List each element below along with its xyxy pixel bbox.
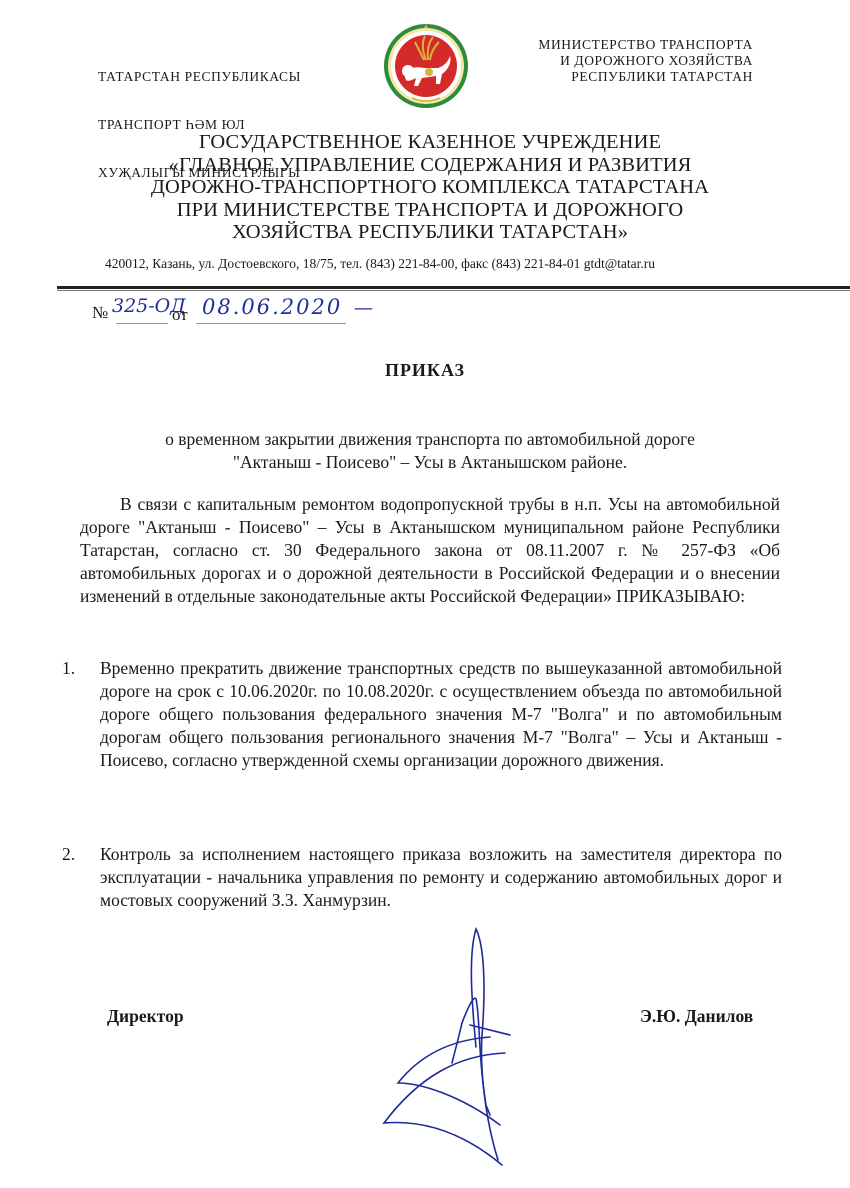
signatory-position: Директор xyxy=(107,1006,184,1027)
org-line: ГОСУДАРСТВЕННОЕ КАЗЕННОЕ УЧРЕЖДЕНИЕ xyxy=(90,131,770,154)
signatory-name: Э.Ю. Данилов xyxy=(640,1006,753,1027)
item-number: 2. xyxy=(62,843,75,866)
header-right-line: РЕСПУБЛИКИ ТАТАРСТАН xyxy=(505,69,753,85)
number-label: № xyxy=(92,303,108,323)
org-line: «ГЛАВНОЕ УПРАВЛЕНИЕ СОДЕРЖАНИЯ И РАЗВИТИ… xyxy=(90,154,770,177)
document-title: ПРИКАЗ xyxy=(0,360,850,381)
item-number: 1. xyxy=(62,657,75,680)
org-line: ХОЗЯЙСТВА РЕСПУБЛИКИ ТАТАРСТАН» xyxy=(90,221,770,244)
date-underline xyxy=(196,323,346,324)
registration-row: № 325-ОД от 08.06.2020 — xyxy=(92,301,392,331)
tatarstan-emblem-icon xyxy=(382,22,470,110)
header-right-russian: МИНИСТЕРСТВО ТРАНСПОРТА И ДОРОЖНОГО ХОЗЯ… xyxy=(505,37,753,85)
handwritten-signature xyxy=(350,915,540,1175)
header-right-line: И ДОРОЖНОГО ХОЗЯЙСТВА xyxy=(505,53,753,69)
header-divider-thin xyxy=(57,290,850,291)
date-label: от xyxy=(172,305,188,325)
order-item-2: 2. Контроль за исполнением настоящего пр… xyxy=(62,843,782,912)
organization-name: ГОСУДАРСТВЕННОЕ КАЗЕННОЕ УЧРЕЖДЕНИЕ «ГЛА… xyxy=(90,131,770,244)
subject-line: о временном закрытии движения транспорта… xyxy=(80,428,780,451)
org-line: ПРИ МИНИСТЕРСТВЕ ТРАНСПОРТА И ДОРОЖНОГО xyxy=(90,199,770,222)
document-subject: о временном закрытии движения транспорта… xyxy=(80,428,780,474)
subject-line: "Актаныш - Поисево" – Усы в Актанышском … xyxy=(80,451,780,474)
organization-address: 420012, Казань, ул. Достоевского, 18/75,… xyxy=(105,256,785,272)
header-divider xyxy=(57,286,850,289)
item-text: Временно прекратить движение транспортны… xyxy=(100,657,782,772)
header-right-line: МИНИСТЕРСТВО ТРАНСПОРТА xyxy=(505,37,753,53)
date-handwritten: 08.06.2020 xyxy=(202,295,342,319)
number-underline xyxy=(116,323,168,324)
item-text: Контроль за исполнением настоящего прика… xyxy=(100,843,782,912)
org-line: ДОРОЖНО-ТРАНСПОРТНОГО КОМПЛЕКСА ТАТАРСТА… xyxy=(90,176,770,199)
order-item-1: 1. Временно прекратить движение транспор… xyxy=(62,657,782,772)
preamble-paragraph: В связи с капитальным ремонтом водопропу… xyxy=(80,493,780,608)
header-left-line: ТАТАРСТАН РЕСПУБЛИКАСЫ xyxy=(98,69,301,85)
date-dash: — xyxy=(354,297,373,319)
